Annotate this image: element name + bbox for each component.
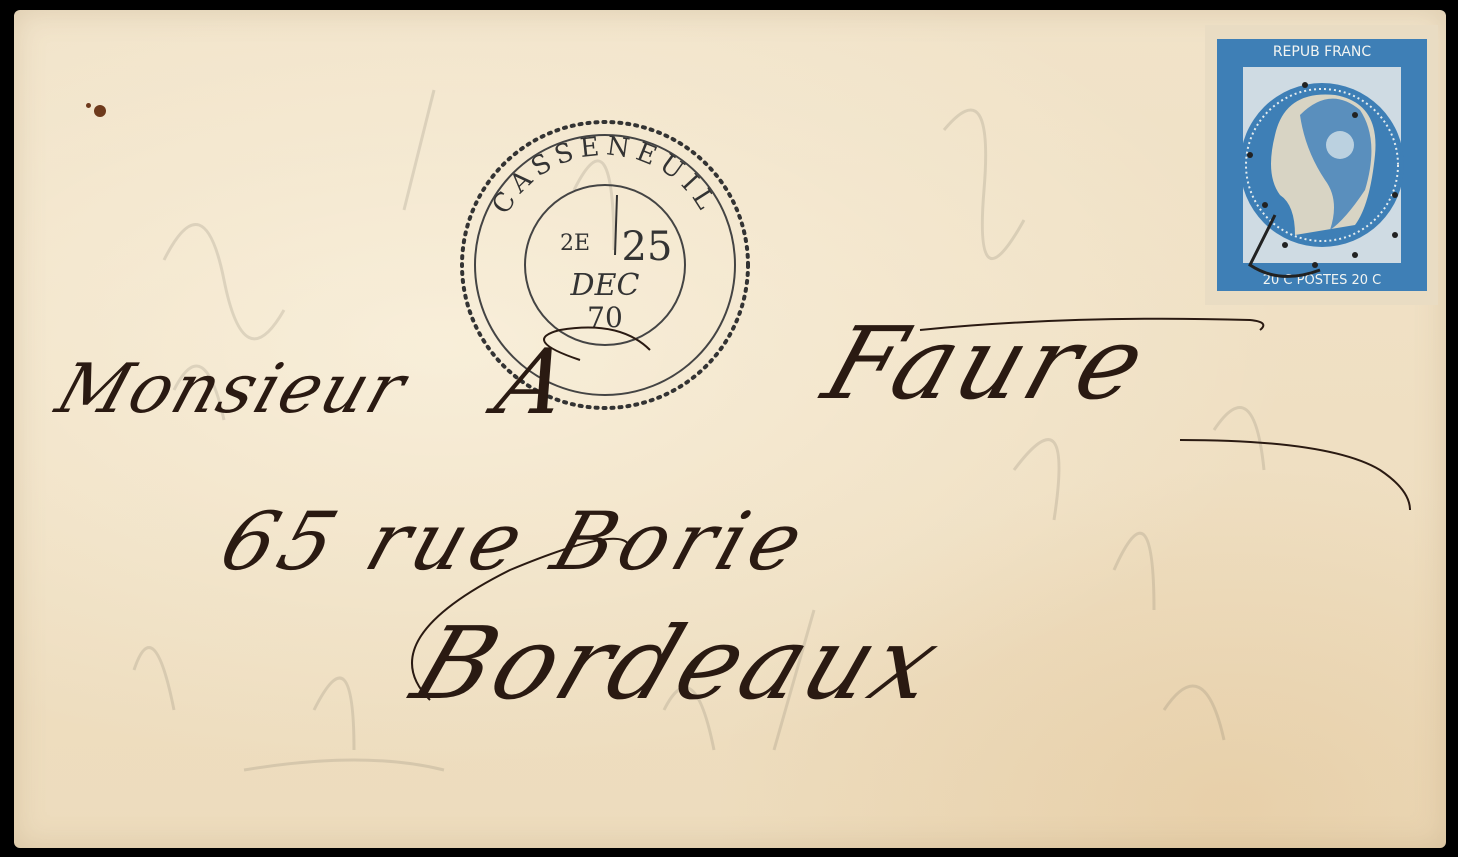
salutation: Monsieur [47, 350, 416, 429]
street-address: 65 rue Borie [210, 495, 820, 588]
postmark-town: CASSENEUIL [487, 131, 724, 219]
postmark-day: 25 [622, 224, 673, 270]
ink-spot [94, 105, 106, 117]
svg-text:CASSENEUIL: CASSENEUIL [487, 131, 724, 219]
postmark-left: 2E [560, 231, 590, 256]
stamp-top-text: REPUB FRANC [1273, 44, 1372, 60]
postage-stamp: REPUB FRANC 20 C POSTES 20 C [1205, 25, 1438, 305]
postmark-cancel: CASSENEUIL 2E 25 DEC 70 [455, 115, 765, 415]
postmark-year: 70 [587, 301, 623, 334]
recipient-name: Faure [811, 305, 1163, 422]
city: Bordeaux [399, 605, 959, 722]
ink-spot [86, 103, 91, 108]
postmark-month: DEC [570, 268, 640, 303]
